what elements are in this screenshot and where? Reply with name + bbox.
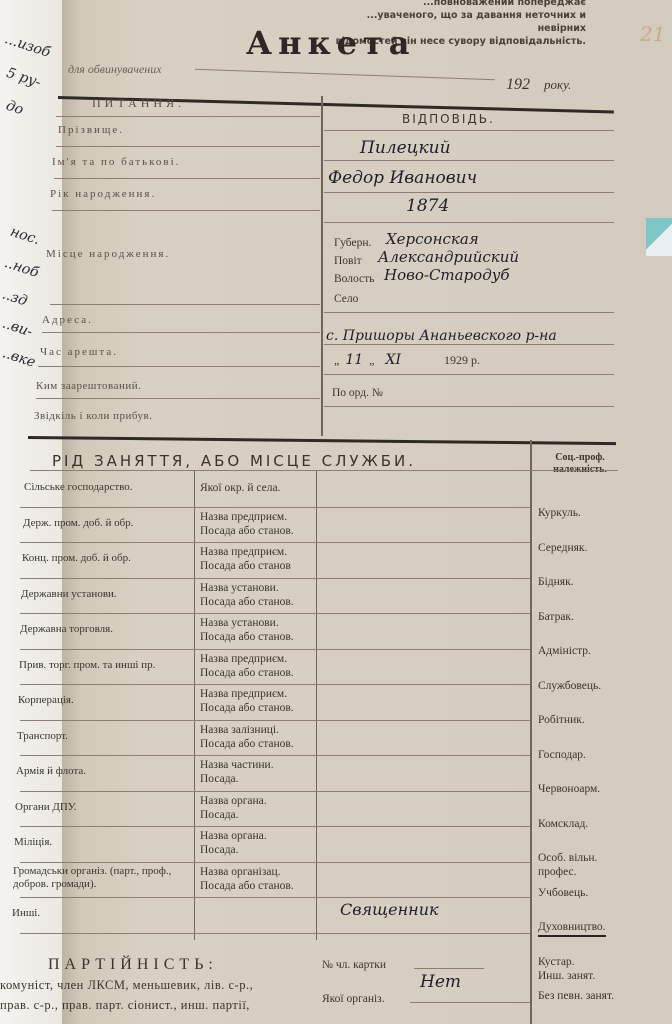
subtitle-underline — [195, 69, 495, 80]
soc-category: Комсклад. — [538, 817, 588, 831]
organization-line — [410, 1002, 530, 1003]
section-rule — [28, 436, 616, 445]
row-line — [324, 312, 614, 313]
row-line — [20, 897, 530, 898]
label-povit: Повіт — [334, 254, 362, 268]
occupation-sector: Корперація. — [18, 693, 74, 707]
row-line — [324, 374, 614, 375]
answer-column-divider — [316, 470, 317, 940]
occupation-detail: Назва предприєм.Посада або станов. — [200, 652, 294, 680]
row-line — [20, 613, 530, 614]
occupation-detail: Назва предприєм.Посада або станов. — [200, 687, 294, 715]
occupation-detail: Назва предприєм.Посада або станов. — [200, 510, 294, 538]
row-line — [56, 146, 320, 147]
occupation-sector: Міліція. — [14, 835, 52, 849]
occupation-sector: Державна торговля. — [20, 622, 113, 636]
row-line — [20, 862, 530, 863]
label-card-number: № чл. картки — [322, 958, 386, 972]
answer-arrest-date: „11„ XI 1929 р. — [334, 352, 480, 368]
page-number-mark: 21 — [640, 22, 665, 46]
occupation-answer: Священник — [340, 900, 439, 919]
occupation-sector: Прив. торг. пром. та инші пр. — [19, 658, 155, 672]
occupation-sector: Сільське господарство. — [24, 480, 133, 494]
row-line — [324, 222, 614, 223]
row-line — [20, 684, 530, 685]
row-line — [56, 116, 320, 117]
party-options-line1: комуніст, член ЛКСМ, меньшевик, лів. с-р… — [0, 978, 253, 992]
answer-povit: Александрийский — [378, 248, 519, 266]
label-arrested-by: Ким заарештований. — [36, 380, 141, 392]
column-divider — [321, 96, 323, 436]
document-page: ...изоб 5 ру- до нос. ..ноб ..зд ..ви- .… — [0, 0, 672, 1024]
label-arrest-time: Час арешта. — [40, 346, 118, 358]
answer-surname: Пилецкий — [360, 138, 451, 158]
row-line — [42, 332, 320, 333]
bookmark-tab — [646, 218, 672, 256]
label-birth-year: Рік народження. — [50, 188, 156, 200]
card-number-line — [414, 968, 484, 969]
row-line — [20, 826, 530, 827]
row-line — [52, 210, 320, 211]
row-line — [20, 720, 530, 721]
soc-category: Духовництво. — [538, 920, 606, 937]
occupation-detail: Назва органа.Посада. — [200, 829, 267, 857]
answer-gubern: Херсонская — [386, 230, 479, 248]
column-header-questions: ПИТАННЯ. — [92, 96, 185, 111]
party-title: ПАРТІЙНІСТЬ: — [48, 956, 218, 974]
soc-prof-header: Соц.-проф. належність. — [540, 452, 620, 476]
soc-category: Куркуль. — [538, 506, 581, 520]
row-line — [20, 542, 530, 543]
row-line — [38, 366, 320, 367]
soc-category: Кустар.Инш. занят. — [538, 955, 595, 983]
row-line — [20, 791, 530, 792]
row-line — [20, 933, 530, 934]
label-arrived-from: Звідкіль і коли прибув. — [34, 410, 152, 422]
year-field: 192 року. — [506, 76, 571, 94]
label-gubern: Губерн. — [334, 236, 371, 250]
occupation-detail: Назва організац.Посада або станов. — [200, 865, 294, 893]
row-line — [54, 178, 320, 179]
row-line — [324, 406, 614, 407]
occupation-detail: Назва залізниці.Посада або станов. — [200, 723, 294, 751]
occupation-sector: Инші. — [12, 906, 40, 920]
occupation-sector: Державни установи. — [21, 587, 117, 601]
soc-category: Батрак. — [538, 610, 574, 624]
label-organization: Якої організ. — [322, 992, 385, 1006]
occupation-detail: Назва частини.Посада. — [200, 758, 274, 786]
occupation-detail: Назва предприєм.Посада або станов — [200, 545, 291, 573]
row-line — [50, 304, 320, 305]
label-address: Адреса. — [42, 314, 93, 326]
soc-category: Адміністр. — [538, 644, 591, 658]
party-options-line2: прав. с-р., прав. парт. сіонист., инш. п… — [0, 998, 250, 1012]
form-subtitle: для обвинувачених — [68, 62, 162, 77]
answer-name-patronymic: Федор Иванович — [328, 168, 477, 188]
answer-card-number: Нет — [420, 972, 461, 992]
soc-category: Учбовець. — [538, 886, 588, 900]
row-line — [20, 649, 530, 650]
soc-category: Особ. вільн.профес. — [538, 851, 597, 879]
soc-column-divider — [530, 440, 532, 1024]
form-title: Анкета — [246, 24, 416, 62]
soc-category: Без певн. занят. — [538, 989, 614, 1003]
occupation-detail: Назва органа.Посада. — [200, 794, 267, 822]
label-surname: Прізвище. — [58, 124, 124, 136]
occupation-sector: Органи ДПУ. — [15, 800, 77, 814]
occupation-sector: Конц. пром. доб. й обр. — [22, 551, 131, 565]
soc-category: Службовець. — [538, 679, 601, 693]
soc-category: Робітник. — [538, 713, 585, 727]
row-line — [324, 160, 614, 161]
row-line — [324, 344, 614, 345]
occupation-detail: Якої окр. й села. — [200, 481, 280, 495]
column-header-answers: ВІДПОВІДЬ. — [402, 112, 495, 126]
soc-category: Середняк. — [538, 541, 587, 555]
occupation-sector: Держ. пром. доб. й обр. — [23, 516, 133, 530]
answer-volost: Ново-Стародуб — [384, 266, 510, 284]
row-line — [324, 130, 614, 131]
soc-category: Червоноарм. — [538, 782, 600, 796]
occupation-title: РІД ЗАНЯТТЯ, АБО МІСЦЕ СЛУЖБИ. — [52, 452, 416, 470]
row-line — [36, 398, 320, 399]
label-volost: Волость — [334, 272, 374, 286]
row-line — [20, 755, 530, 756]
row-line — [324, 192, 614, 193]
occupation-sector: Громадськи організ. (парт., проф., добро… — [13, 865, 183, 891]
row-line — [30, 470, 618, 471]
label-selo: Село — [334, 292, 358, 306]
occupation-sector: Армія й флота. — [16, 764, 86, 778]
soc-category: Бідняк. — [538, 575, 574, 589]
label-birthplace: Місце народження. — [46, 248, 170, 260]
answer-address: с. Пришоры Ананьевского р-на — [326, 328, 557, 344]
occupation-sector: Транспорт. — [17, 729, 68, 743]
occupation-detail: Назва установи.Посада або станов. — [200, 581, 294, 609]
soc-category: Господар. — [538, 748, 586, 762]
label-order-number: По орд. № — [332, 386, 383, 400]
row-line — [20, 578, 530, 579]
row-line — [20, 507, 530, 508]
label-name-patronymic: Ім'я та по батькові. — [52, 156, 180, 168]
answer-birth-year: 1874 — [406, 196, 449, 216]
detail-column-divider — [194, 470, 195, 940]
occupation-detail: Назва установи.Посада або станов. — [200, 616, 294, 644]
